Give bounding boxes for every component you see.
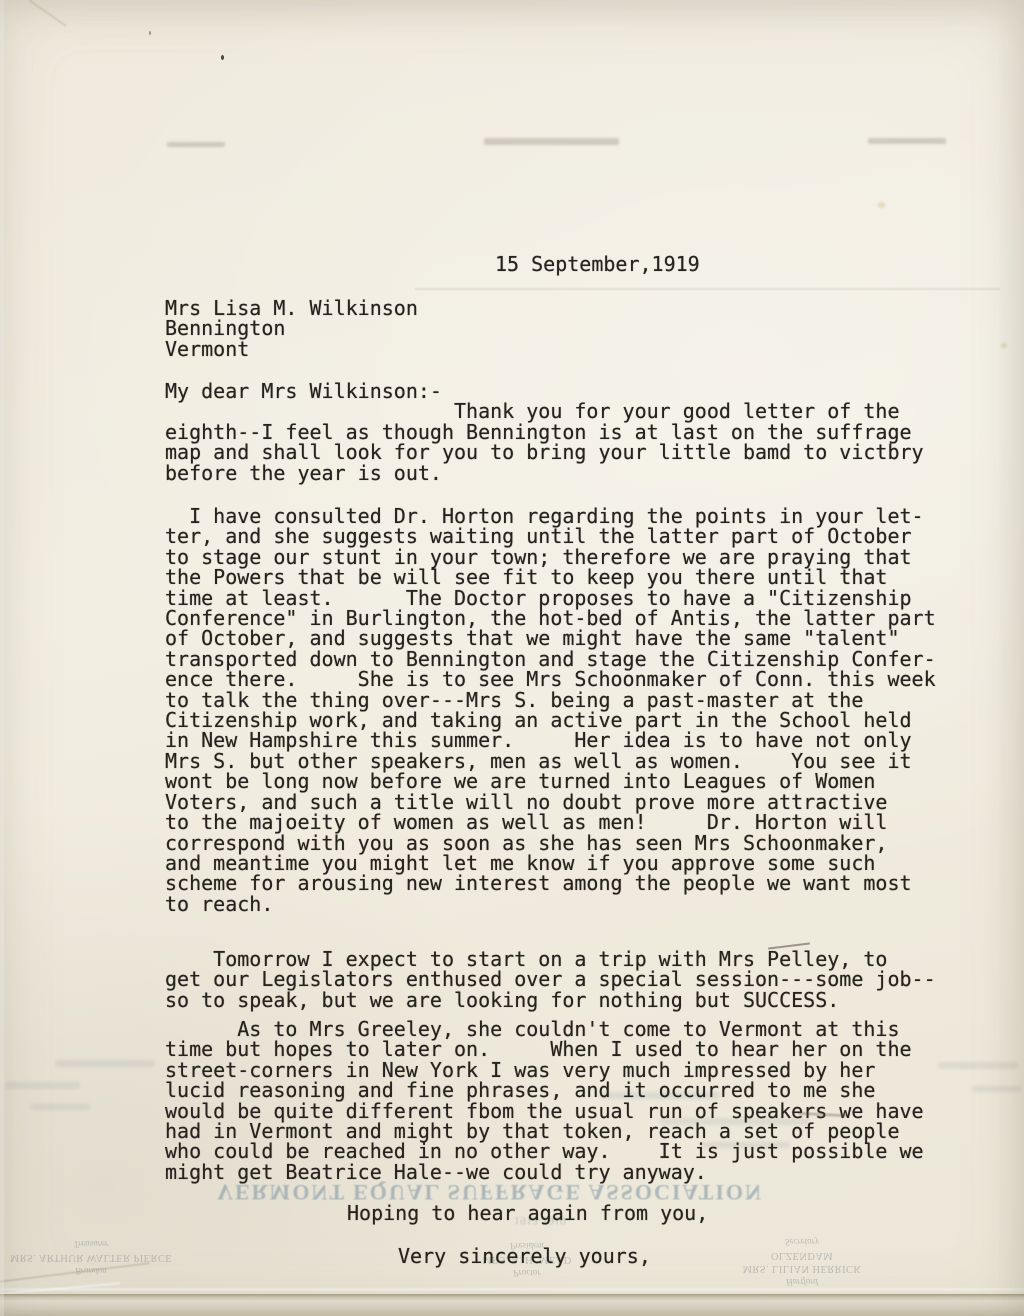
- letter-page: VERMONT EQUAL SUFFRAGE ASSOCIATION 1913-…: [0, 0, 1024, 1316]
- scan-streak: [415, 288, 1000, 290]
- paragraph-2: I have consulted Dr. Horton regarding th…: [165, 506, 936, 914]
- bleed-fragment: [5, 1082, 80, 1089]
- bleed-fragment: [938, 1062, 1018, 1069]
- bleed-fragment: [30, 1104, 90, 1110]
- officer-role: Treasurer: [6, 1238, 176, 1250]
- officer-name: MRS. LILIAN HERRICK OLZENDAM: [712, 1249, 892, 1275]
- officer-town: Hartford: [712, 1276, 892, 1288]
- ink-smudge: [167, 142, 225, 147]
- paper-stain: [1001, 343, 1007, 348]
- paper-crease: [28, 0, 66, 27]
- letter-date: 15 September,1919: [495, 254, 700, 274]
- paper-stain: [878, 202, 885, 208]
- recipient-address: Mrs Lisa M. Wilkinson Bennington Vermont: [165, 298, 418, 359]
- paper-bottom-edge: [0, 1294, 1024, 1316]
- paper-fold-ridge: [0, 1288, 1024, 1291]
- paper-crease: [0, 1262, 150, 1283]
- officer-name: MRS. ARTHUR WALTER PIERCE: [6, 1251, 176, 1264]
- signoff-line: Very sincerely yours,: [398, 1246, 651, 1266]
- ink-speck: [221, 55, 224, 60]
- left-edge-highlight: [0, 0, 4, 1316]
- ink-speck: [149, 31, 151, 35]
- paragraph-3: Tomorrow I expect to start on a trip wit…: [165, 949, 936, 1010]
- salutation-and-opening-paragraph: My dear Mrs Wilkinson:- Thank you for yo…: [165, 381, 924, 483]
- ink-smudge: [484, 138, 619, 145]
- officer-role: Secretary: [712, 1236, 892, 1248]
- officer-town: Proctor: [462, 1267, 592, 1279]
- paragraph-4: As to Mrs Greeley, she couldn't come to …: [165, 1019, 924, 1182]
- closing-line: Hoping to hear again from you,: [347, 1203, 708, 1223]
- ink-smudge: [868, 138, 946, 144]
- letterhead-bleed-officer-right: Secretary MRS. LILIAN HERRICK OLZENDAM H…: [712, 1236, 892, 1288]
- bleed-fragment: [972, 1086, 1022, 1092]
- bleed-fragment: [55, 1060, 155, 1067]
